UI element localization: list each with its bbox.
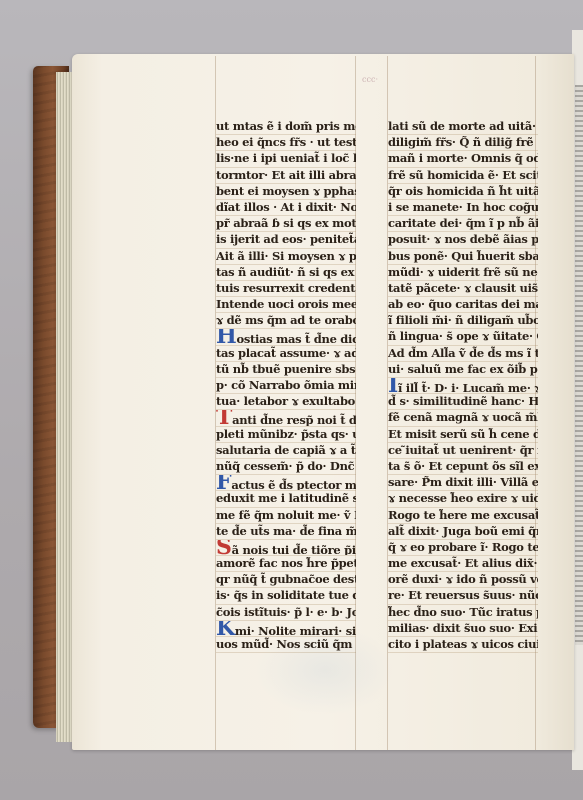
decorated-initial: K bbox=[216, 621, 235, 637]
text-line: Rogo te h̃ere me excusat̃· Et bbox=[388, 508, 538, 524]
text-line: q̃ ɤ eo probare ĩ· Rogo te h̃e bbox=[388, 540, 538, 556]
text-line: Hostias mas t̃ d̃ne dica bbox=[216, 329, 356, 345]
text-line: tas placat̃ assume· ɤ adj̃r bbox=[216, 346, 356, 362]
text-line: amorẽ fac nos h̃re p̃petuũ bbox=[216, 556, 356, 572]
text-line: nũq̃ cessem̃· p̃ do· Dnc̃ y. bbox=[216, 459, 356, 475]
text-line: tũ nb̃ tbuẽ puenire sbsdi bbox=[216, 362, 356, 378]
text-line: mũdi· ɤ uiderit frẽ sũ necessi bbox=[388, 265, 538, 281]
text-line: re· Et reuersus s̃uus· nũciaũ bbox=[388, 588, 538, 604]
text-line: ta s̃ õ· Et cepunt õs sĩl excu bbox=[388, 459, 538, 475]
text-line: ñ lingua· s̃ ope ɤ ũitate· Gr bbox=[388, 329, 538, 345]
text-line: tas ñ audiũt· ñ si qs ex mo bbox=[216, 265, 356, 281]
decorated-initial: F bbox=[216, 475, 231, 491]
decorated-initial: H bbox=[216, 329, 237, 345]
decorated-initial: I bbox=[388, 378, 398, 394]
text-line: lis·ne i ipi ueniat̃ i loc̃ huc bbox=[216, 151, 356, 167]
text-line: alt̃ dixit· Juga boũ emi q̃nq̃ bbox=[388, 524, 538, 540]
text-line: Kmi· Nolite mirari· si od̃ bbox=[216, 621, 356, 637]
text-line: c̃ois istĩtuis· p̃ l· e· b· Joh̃s ã bbox=[216, 605, 356, 621]
text-line: ɤ dẽ ms q̃m ad te orabo d̃e Sec bbox=[216, 313, 356, 329]
text-line: Ad d̃m All̃a ṽ d̃e d̃s ms ĩ te spa bbox=[388, 346, 538, 362]
text-line: sare· P̃m dixit illi· Villã emi bbox=[388, 475, 538, 491]
text-line: pleti mũnibz· p̃sta qs· ut et bbox=[216, 427, 356, 443]
decorated-initial: T bbox=[216, 410, 232, 426]
text-line: tatẽ pãcete· ɤ clausit uis̃ca s̃a bbox=[388, 281, 538, 297]
text-line: bus ponẽ· Qui h̃uerit sba bbox=[388, 249, 538, 265]
text-line: me excusat̃· Et alius dix̃· Ux bbox=[388, 556, 538, 572]
text-line: is ijerit ad eos· penitet̃a agen bbox=[216, 232, 356, 248]
text-line: eduxit me i latitudinẽ salu bbox=[216, 491, 356, 507]
right-text-column: lati sũ de morte ad uitã· q̃mdiligim̃ … bbox=[388, 119, 538, 653]
text-line: tuis resurrexit credent· off. bbox=[216, 281, 356, 297]
text-line: tormtor· Et ait illi abraã· ha bbox=[216, 168, 356, 184]
text-line: Factus ẽ d̃s ptector ms et bbox=[216, 475, 356, 491]
text-line: bent ei moysen ɤ pphas au bbox=[216, 184, 356, 200]
text-line: orẽ duxi· ɤ ido ñ possũ vẽi bbox=[388, 572, 538, 588]
text-line: Ait ã illi· Si moysen ɤ pphe bbox=[216, 249, 356, 265]
text-line: fẽ cenã magnã ɤ uocã m̃ltos· bbox=[388, 410, 538, 426]
text-line: pr̃ abraã ɓ si qs ex motu bbox=[216, 216, 356, 232]
text-line: is· q̃s in soliditate tue dilec bbox=[216, 588, 356, 604]
text-line: ɤ necesse h̃eo exire ɤ uidẽ ĩ bbox=[388, 491, 538, 507]
text-line: Iĩ ill̃ t̃· D· i· Lucam̃ me· ɤ libr̃ mo bbox=[388, 378, 538, 394]
text-line: dĩat illos · At i dixit· No bbox=[216, 200, 356, 216]
text-line: tua· letabor ɤ exultabo ite· psalla bbox=[216, 394, 356, 410]
text-line: frẽ sũ homicida ẽ· Et scitis bbox=[388, 168, 538, 184]
text-line: q̃r ois homicida ñ h̃t uitã et̃ia bbox=[388, 184, 538, 200]
decorated-initial: S bbox=[216, 540, 232, 556]
text-line: ce ̃iuitat̃ ut uenirent· q̃r iã pa bbox=[388, 443, 538, 459]
text-line: p· cõ Narrabo õmia mirabilia bbox=[216, 378, 356, 394]
text-line: Intende uoci orois mee· rex my bbox=[216, 297, 356, 313]
folio-mark: ccc· bbox=[362, 75, 378, 84]
text-line: diligim̃ fr̃s· Q̃ ñ dilig̃ frẽ bbox=[388, 135, 538, 151]
text-line: ĩ filioli m̃i· ñ diligam̃ ub̃o· bbox=[388, 313, 538, 329]
text-line: ab eo· q̃uo caritas dei manet i bbox=[388, 297, 538, 313]
text-line: mañ i morte· Omnis q̃ odit bbox=[388, 151, 538, 167]
text-line: te d̃e ut̃s ma· d̃e fina m̃ ɤ r̃ õ bbox=[216, 524, 356, 540]
text-line: d̃ s· similitudinẽ hanc· Hõ q̃ bbox=[388, 394, 538, 410]
text-line: salutaria de capiã ɤ a t̃ laud bbox=[216, 443, 356, 459]
text-line: h̃ec d̃no suo· Tũc iratus pãtes bbox=[388, 605, 538, 621]
text-line: qr nũq̃ t̃ gubnac̃oe destitu bbox=[216, 572, 356, 588]
text-line: caritate dei· q̃m ĩ p nb̃ ãiã s̃a bbox=[388, 216, 538, 232]
text-line: me fẽ q̃m noluit me· ṽ Diliga bbox=[216, 508, 356, 524]
text-line: ut mtas ẽ i dom̃ pris mei bbox=[216, 119, 356, 135]
text-line: ui· saluũ me fac ex õib̃ pseqũtib bbox=[388, 362, 538, 378]
text-line: uos mũd̃· Nos sciũ q̃m trãs bbox=[216, 637, 356, 653]
text-line: Sã nois tui d̃e tiõre p̃it ɤ bbox=[216, 540, 356, 556]
text-line: i se manete· In hoc cog̃uim̃ bbox=[388, 200, 538, 216]
text-line: cito i plateas ɤ uicos ciuitat̃· bbox=[388, 637, 538, 653]
text-line: posuit· ɤ nos debẽ ãias p fr̃i bbox=[388, 232, 538, 248]
text-line: milias· dixit s̃uo suo· Exi bbox=[388, 621, 538, 637]
text-line: heo ei q̃ncs fr̃s · ut testet̃ il bbox=[216, 135, 356, 151]
text-line: lati sũ de morte ad uitã· q̃m bbox=[388, 119, 538, 135]
text-line: Tanti d̃ne resp̃ noi t̃ dissue bbox=[216, 410, 356, 426]
left-text-column: ut mtas ẽ i dom̃ pris meiheo ei q̃ncs f… bbox=[216, 119, 356, 653]
text-line: Et misit serũ sũ h̃ cene di bbox=[388, 427, 538, 443]
